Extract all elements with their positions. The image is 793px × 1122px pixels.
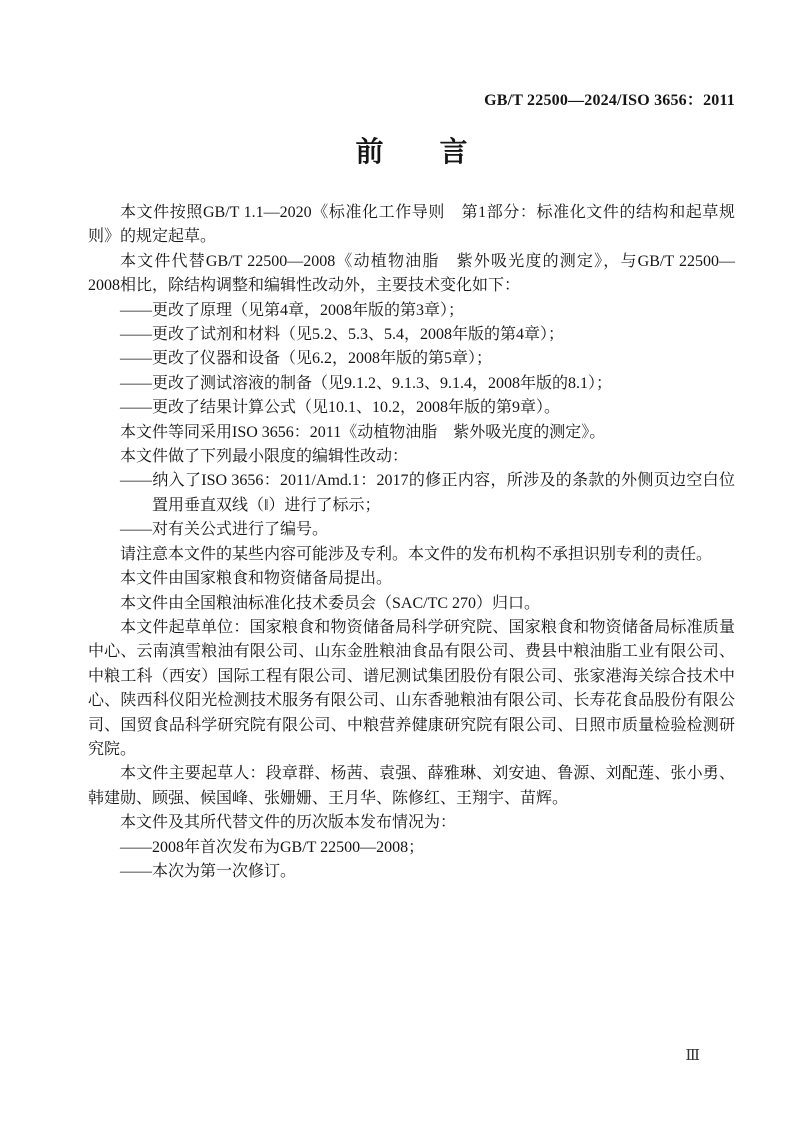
history-item-first-issue: ——2008年首次发布为GB/T 22500—2008；	[152, 836, 735, 860]
paragraph-proposed-by: 本文件由国家粮食和物资储备局提出。	[88, 567, 735, 591]
change-item-apparatus: ——更改了仪器和设备（见6.2，2008年版的第5章）；	[152, 347, 735, 371]
foreword-body: 本文件按照GB/T 1.1—2020《标准化工作导则 第1部分：标准化文件的结构…	[88, 201, 735, 884]
history-item-first-revision: ——本次为第一次修订。	[152, 860, 735, 884]
standard-code-header: GB/T 22500—2024/ISO 3656：2011	[88, 87, 735, 110]
paragraph-drafting-rules: 本文件按照GB/T 1.1—2020《标准化工作导则 第1部分：标准化文件的结构…	[88, 201, 735, 250]
paragraph-drafting-orgs: 本文件起草单位：国家粮食和物资储备局科学研究院、国家粮食和物资储备局标准质量中心…	[88, 616, 735, 762]
page-number: Ⅲ	[686, 1046, 700, 1065]
paragraph-centralized-by: 本文件由全国粮油标准化技术委员会（SAC/TC 270）归口。	[88, 592, 735, 616]
change-item-reagents: ——更改了试剂和材料（见5.2、5.3、5.4，2008年版的第4章）；	[152, 323, 735, 347]
change-item-test-solution: ——更改了测试溶液的制备（见9.1.2、9.1.3、9.1.4，2008年版的8…	[152, 372, 735, 396]
change-item-calculation: ——更改了结果计算公式（见10.1、10.2，2008年版的第9章）。	[152, 396, 735, 420]
paragraph-editorial-changes: 本文件做了下列最小限度的编辑性改动：	[88, 445, 735, 469]
editorial-item-formulas: ——对有关公式进行了编号。	[152, 518, 735, 542]
paragraph-main-drafters: 本文件主要起草人：段章群、杨茜、袁强、薛雅琳、刘安迪、鲁源、刘配莲、张小勇、韩建…	[88, 762, 735, 811]
foreword-title: 前 言	[88, 130, 735, 170]
paragraph-version-history: 本文件及其所代替文件的历次版本发布情况为：	[88, 811, 735, 835]
change-item-principle: ——更改了原理（见第4章，2008年版的第3章）；	[152, 299, 735, 323]
standard-document-page: GB/T 22500—2024/ISO 3656：2011 前 言 本文件按照G…	[0, 0, 793, 1122]
paragraph-identical-iso: 本文件等同采用ISO 3656：2011《动植物油脂 紫外吸光度的测定》。	[88, 421, 735, 445]
paragraph-patent-notice: 请注意本文件的某些内容可能涉及专利。本文件的发布机构不承担识别专利的责任。	[88, 543, 735, 567]
paragraph-replaces: 本文件代替GB/T 22500—2008《动植物油脂 紫外吸光度的测定》，与GB…	[88, 250, 735, 299]
editorial-item-amendment: ——纳入了ISO 3656：2011/Amd.1：2017的修正内容，所涉及的条…	[152, 469, 735, 518]
